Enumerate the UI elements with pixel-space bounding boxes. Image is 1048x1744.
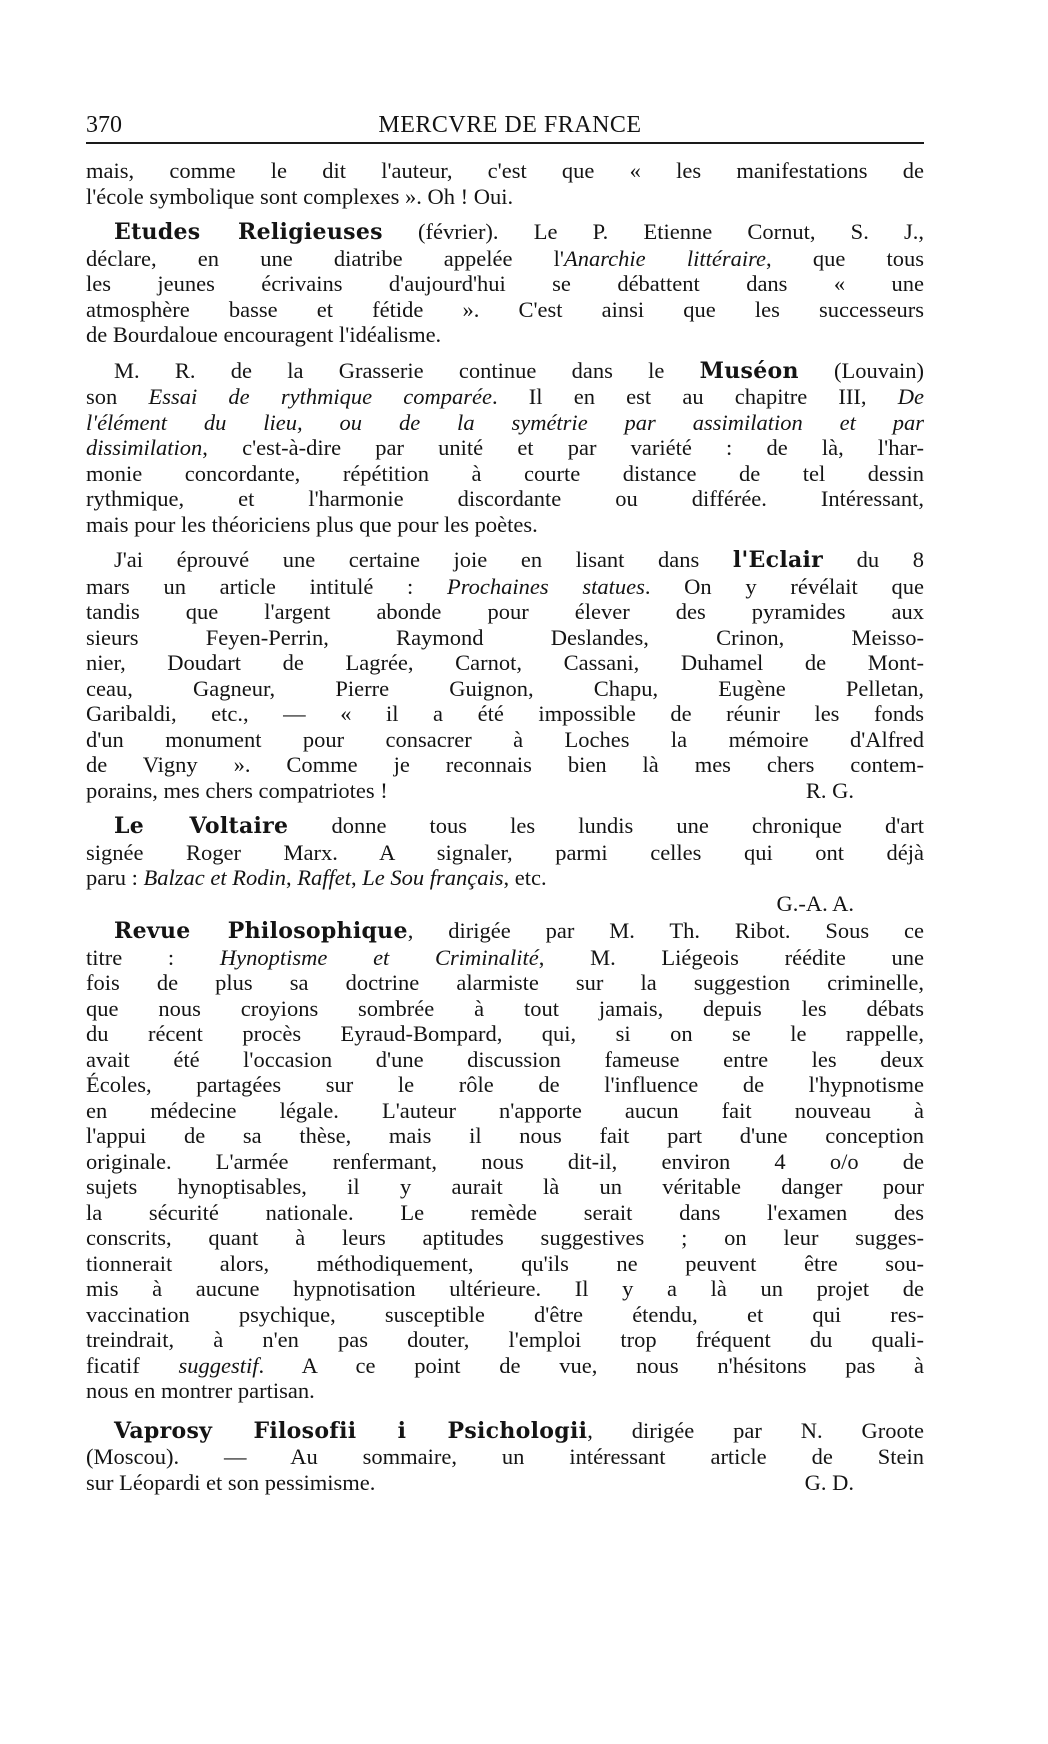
text-line: mais pour les théoriciens plus que pour … <box>86 512 924 538</box>
text-line: titre : Hynoptisme et Criminalité, M. Li… <box>86 945 924 971</box>
text-line: paru : Balzac et Rodin, Raffet, Le Sou f… <box>86 865 924 891</box>
text-line: signée Roger Marx. A signaler, parmi cel… <box>86 840 924 866</box>
paragraph-revue-philosophique: Revue Philosophique, dirigée par M. Th. … <box>86 918 924 1404</box>
text-line: de Bourdaloue encouragent l'idéalisme. <box>86 322 924 348</box>
text-line: mais, comme le dit l'auteur, c'est que «… <box>86 158 924 184</box>
text-line: mis à aucune hypnotisation ultérieure. I… <box>86 1276 924 1302</box>
author-signature: G. D. <box>805 1470 924 1496</box>
work-title: Hynoptisme et Criminalité <box>220 945 539 970</box>
text-line: Garibaldi, etc., — « il a été impossible… <box>86 701 924 727</box>
body-text: mais, comme le dit l'auteur, c'est que «… <box>86 158 924 1495</box>
text-line: la sécurité nationale. Le remède serait … <box>86 1200 924 1226</box>
text-line: tionnerait alors, méthodiquement, qu'ils… <box>86 1251 924 1277</box>
text-line: atmosphère basse et fétide ». C'est ains… <box>86 297 924 323</box>
text-line: monie concordante, répétition à courte d… <box>86 461 924 487</box>
text-line: d'un monument pour consacrer à Loches la… <box>86 727 924 753</box>
text-line: nier, Doudart de Lagrée, Carnot, Cassani… <box>86 650 924 676</box>
text-line: treindrait, à n'en pas douter, l'emploi … <box>86 1327 924 1353</box>
text-line: l'appui de sa thèse, mais il nous fait p… <box>86 1123 924 1149</box>
text-line: Vaprosy Filosofii i Psichologii, dirigée… <box>86 1418 924 1445</box>
text-line: originale. L'armée renfermant, nous dit-… <box>86 1149 924 1175</box>
work-title: Prochaines statues <box>447 574 645 599</box>
text-line: en médecine légale. L'auteur n'apporte a… <box>86 1098 924 1124</box>
text-line: l'élément du lieu, ou de la symétrie par… <box>86 410 924 436</box>
text-line: rythmique, et l'harmonie discordante ou … <box>86 486 924 512</box>
paragraph-etudes-religieuses: Etudes Religieuses (février). Le P. Etie… <box>86 219 924 246</box>
text-line: l'école symbolique sont complexes ». Oh … <box>86 184 924 210</box>
text-line: son Essai de rythmique comparée. Il en e… <box>86 384 924 410</box>
text-line: sieurs Feyen-Perrin, Raymond Deslandes, … <box>86 625 924 651</box>
paragraph-vaprosy: Vaprosy Filosofii i Psichologii, dirigée… <box>86 1418 924 1496</box>
text-line: les jeunes écrivains d'aujourd'hui se dé… <box>86 271 924 297</box>
text-line: Le Voltaire donne tous les lundis une ch… <box>86 813 924 840</box>
text-line: mars un article intitulé : Prochaines st… <box>86 574 924 600</box>
journal-title: l'Eclair <box>733 547 823 573</box>
text-line: ficatif suggestif. A ce point de vue, no… <box>86 1353 924 1379</box>
text-line: J'ai éprouvé une certaine joie en lisant… <box>86 547 924 574</box>
author-signature: G.-A. A. <box>86 891 924 917</box>
work-title: Anarchie littéraire <box>564 246 766 271</box>
text-line: conscrits, quant à leurs aptitudes sugge… <box>86 1225 924 1251</box>
text-line: M. R. de la Grasserie continue dans le M… <box>86 358 924 385</box>
text-line: fois de plus sa doctrine alarmiste sur l… <box>86 970 924 996</box>
text-line: tandis que l'argent abonde pour élever d… <box>86 599 924 625</box>
journal-title: Le Voltaire <box>114 813 288 839</box>
text-line: porains, mes chers compatriotes !R. G. <box>86 778 924 804</box>
text-line: déclare, en une diatribe appelée l'Anarc… <box>86 246 924 272</box>
text-line: sur Léopardi et son pessimisme.G. D. <box>86 1470 924 1496</box>
text-line: (Moscou). — Au sommaire, un intéressant … <box>86 1444 924 1470</box>
author-signature: R. G. <box>806 778 924 804</box>
text-line: du récent procès Eyraud-Bompard, qui, si… <box>86 1021 924 1047</box>
text-line: ceau, Gagneur, Pierre Guignon, Chapu, Eu… <box>86 676 924 702</box>
text-line: sujets hynoptisables, il y aurait là un … <box>86 1174 924 1200</box>
journal-title: Muséon <box>700 358 799 384</box>
work-title: Essai de rythmique comparée <box>148 384 492 409</box>
text-line: avait été l'occasion d'une discussion fa… <box>86 1047 924 1073</box>
text-line: vaccination psychique, susceptible d'êtr… <box>86 1302 924 1328</box>
paragraph-eclair: J'ai éprouvé une certaine joie en lisant… <box>86 547 924 803</box>
paragraph-etudes-body: déclare, en une diatribe appelée l'Anarc… <box>86 246 924 348</box>
text-line: nous en montrer partisan. <box>86 1378 924 1404</box>
text-line: Etudes Religieuses (février). Le P. Etie… <box>114 219 924 246</box>
page-header: 370 MERCVRE DE FRANCE <box>86 108 924 144</box>
text-line: dissimilation, c'est-à-dire par unité et… <box>86 435 924 461</box>
journal-title: Vaprosy Filosofii i Psichologii <box>114 1418 587 1444</box>
running-head: MERCVRE DE FRANCE <box>86 112 924 139</box>
text-line: que nous croyions sombrée à tout jamais,… <box>86 996 924 1022</box>
paragraph-intro: mais, comme le dit l'auteur, c'est que «… <box>86 158 924 209</box>
text-line: de Vigny ». Comme je reconnais bien là m… <box>86 752 924 778</box>
journal-title: Revue Philosophique <box>114 918 408 944</box>
paragraph-museon: M. R. de la Grasserie continue dans le M… <box>86 358 924 538</box>
journal-title: Etudes Religieuses <box>114 219 383 245</box>
paragraph-voltaire: Le Voltaire donne tous les lundis une ch… <box>86 813 924 916</box>
text-line: Écoles, partagées sur le rôle de l'influ… <box>86 1072 924 1098</box>
text-line: Revue Philosophique, dirigée par M. Th. … <box>86 918 924 945</box>
document-page: 370 MERCVRE DE FRANCE mais, comme le dit… <box>86 108 924 1505</box>
